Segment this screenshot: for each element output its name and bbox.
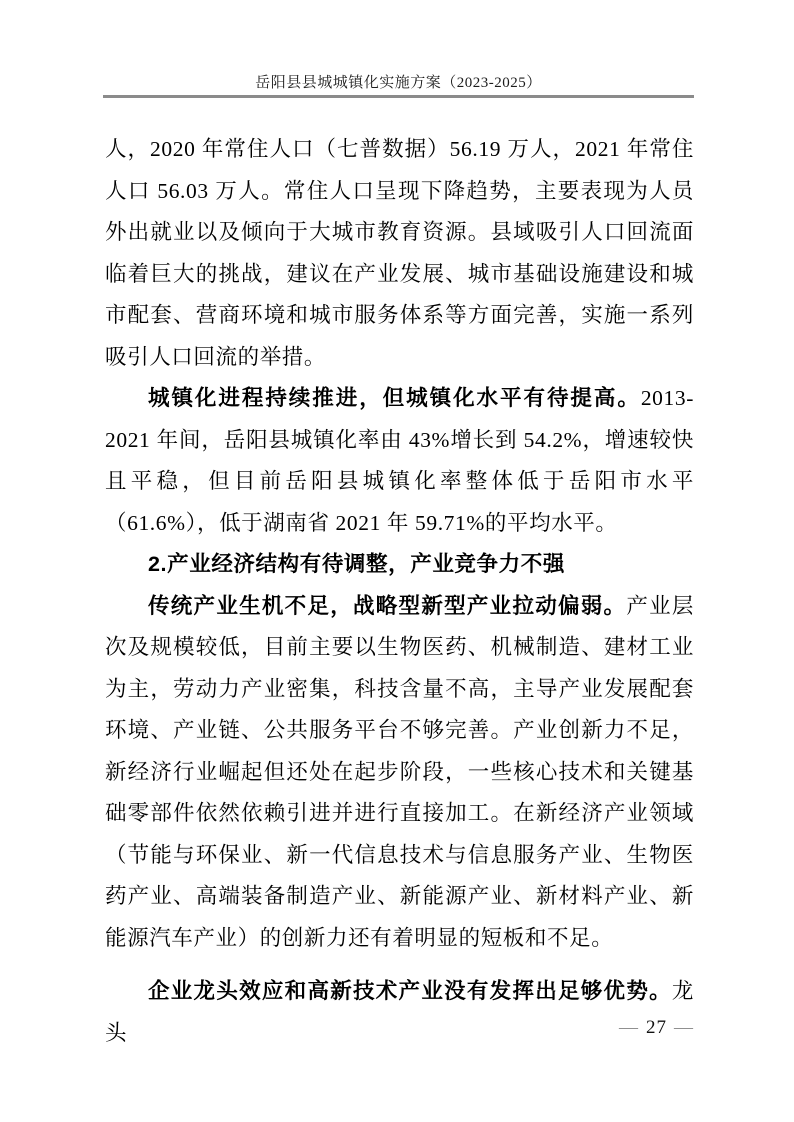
paragraph: 传统产业生机不足，战略型新型产业拉动偏弱。产业层次及规模较低，目前主要以生物医药… bbox=[105, 586, 694, 960]
page-header-title: 岳阳县县城城镇化实施方案（2023-2025） bbox=[103, 71, 694, 92]
text-run: 2.产业经济结构有待调整，产业竞争力不强 bbox=[148, 552, 565, 576]
text-run: 城镇化进程持续推进，但城镇化水平有待提高。 bbox=[148, 386, 641, 410]
header-divider-rule bbox=[103, 95, 694, 98]
paragraph: 人，2020 年常住人口（七普数据）56.19 万人，2021 年常住人口 56… bbox=[105, 129, 694, 378]
page-footer: —27— bbox=[105, 1017, 694, 1039]
text-run: 产业层次及规模较低，目前主要以生物医药、机械制造、建材工业为主，劳动力产业密集，… bbox=[105, 594, 694, 950]
document-page: 岳阳县县城城镇化实施方案（2023-2025） 人，2020 年常住人口（七普数… bbox=[0, 0, 794, 1122]
section-heading: 2.产业经济结构有待调整，产业竞争力不强 bbox=[105, 544, 694, 586]
text-run: 企业龙头效应和高新技术产业没有发挥出足够优势。 bbox=[148, 979, 672, 1003]
text-run: 人，2020 年常住人口（七普数据）56.19 万人，2021 年常住人口 56… bbox=[105, 137, 694, 369]
document-body: 人，2020 年常住人口（七普数据）56.19 万人，2021 年常住人口 56… bbox=[105, 129, 694, 1054]
page-number: 27 bbox=[639, 1017, 674, 1038]
footer-right-dash: — bbox=[674, 1017, 694, 1038]
text-run: 传统产业生机不足，战略型新型产业拉动偏弱。 bbox=[148, 594, 626, 618]
footer-left-dash: — bbox=[619, 1017, 639, 1038]
paragraph: 企业龙头效应和高新技术产业没有发挥出足够优势。龙头 bbox=[105, 971, 694, 1054]
paragraph: 城镇化进程持续推进，但城镇化水平有待提高。2013-2021 年间，岳阳县城镇化… bbox=[105, 378, 694, 544]
